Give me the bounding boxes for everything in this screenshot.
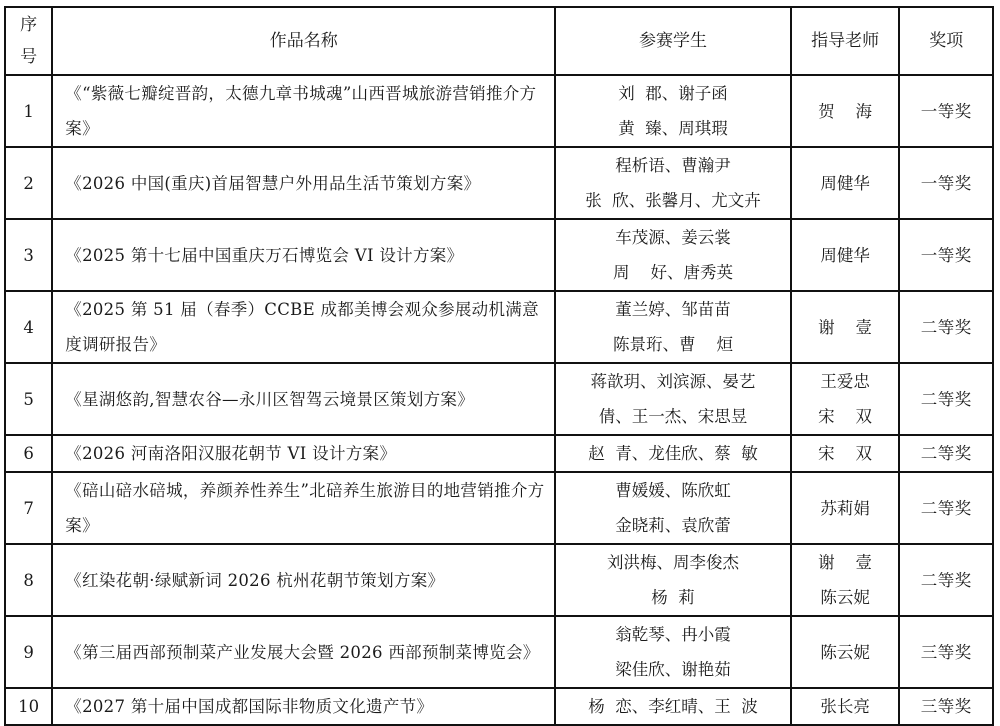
cell-award: 三等奖 xyxy=(899,616,993,688)
work-title: 《“紫薇七瓣绽晋韵，太德九章书城魂”山西晋城旅游营销推介方案》 xyxy=(65,76,548,146)
student-line: 车茂源、姜云裳 xyxy=(556,220,789,255)
cell-award: 二等奖 xyxy=(899,472,993,544)
work-title: 《2026 河南洛阳汉服花朝节 VI 设计方案》 xyxy=(65,436,548,471)
student-line: 张 欣、张馨月、尤文卉 xyxy=(556,183,789,218)
student-line: 杨 莉 xyxy=(556,580,789,615)
work-title: 《2025 第十七届中国重庆万石博览会 VI 设计方案》 xyxy=(65,238,548,273)
cell-title: 《星湖悠韵,智慧农谷—永川区智驾云境景区策划方案》 xyxy=(52,363,555,435)
student-line: 刘 郡、谢子函 xyxy=(556,76,789,111)
cell-teacher: 苏莉娟 xyxy=(791,472,900,544)
table-row: 6《2026 河南洛阳汉服花朝节 VI 设计方案》赵 青、龙佳欣、蔡 敏宋 双二… xyxy=(5,435,993,472)
teacher-name: 苏莉娟 xyxy=(792,491,899,526)
cell-students: 赵 青、龙佳欣、蔡 敏 xyxy=(555,435,790,472)
teacher-name: 王爱忠 xyxy=(792,364,899,399)
cell-students: 董兰婷、邹苗苗陈景珩、曹 烜 xyxy=(555,291,790,363)
student-line: 金晓莉、袁欣蕾 xyxy=(556,508,789,543)
cell-teacher: 周健华 xyxy=(791,147,900,219)
teacher-name: 谢 壹 xyxy=(792,545,899,580)
cell-title: 《红染花朝·绿赋新词 2026 杭州花朝节策划方案》 xyxy=(52,544,555,616)
cell-no: 3 xyxy=(5,219,52,291)
cell-no: 10 xyxy=(5,688,52,715)
student-line: 黄 臻、周琪瑕 xyxy=(556,111,789,146)
student-line: 周 好、唐秀英 xyxy=(556,255,789,290)
work-title: 《2027 第十届中国成都国际非物质文化遗产节》 xyxy=(65,689,548,715)
cell-title: 《2025 第 51 届（春季）CCBE 成都美博会观众参展动机满意度调研报告》 xyxy=(52,291,555,363)
student-line: 翁乾琴、冉小霞 xyxy=(556,617,789,652)
cell-teacher: 周健华 xyxy=(791,219,900,291)
cell-award: 一等奖 xyxy=(899,147,993,219)
cell-award: 一等奖 xyxy=(899,219,993,291)
cell-title: 《2026 中国(重庆)首届智慧户外用品生活节策划方案》 xyxy=(52,147,555,219)
table-row: 7《碚山碚水碚城，养颜养性养生”北碚养生旅游目的地营销推介方案》曹媛媛、陈欣虹金… xyxy=(5,472,993,544)
cell-no: 6 xyxy=(5,435,52,472)
teacher-name: 宋 双 xyxy=(792,436,899,471)
cell-title: 《第三届西部预制菜产业发展大会暨 2026 西部预制菜博览会》 xyxy=(52,616,555,688)
cell-students: 刘 郡、谢子函黄 臻、周琪瑕 xyxy=(555,75,790,147)
student-line: 赵 青、龙佳欣、蔡 敏 xyxy=(556,436,789,471)
cell-no: 8 xyxy=(5,544,52,616)
table-row: 4《2025 第 51 届（春季）CCBE 成都美博会观众参展动机满意度调研报告… xyxy=(5,291,993,363)
table-row: 3《2025 第十七届中国重庆万石博览会 VI 设计方案》车茂源、姜云裳周 好、… xyxy=(5,219,993,291)
header-no: 序 号 xyxy=(5,7,52,75)
cell-no: 4 xyxy=(5,291,52,363)
work-title: 《2025 第 51 届（春季）CCBE 成都美博会观众参展动机满意度调研报告》 xyxy=(65,292,548,362)
work-title: 《2026 中国(重庆)首届智慧户外用品生活节策划方案》 xyxy=(65,166,548,201)
cell-students: 翁乾琴、冉小霞梁佳欣、谢艳茹 xyxy=(555,616,790,688)
cell-award: 二等奖 xyxy=(899,435,993,472)
table-row: 2《2026 中国(重庆)首届智慧户外用品生活节策划方案》程析语、曹瀚尹张 欣、… xyxy=(5,147,993,219)
table-row: 5《星湖悠韵,智慧农谷—永川区智驾云境景区策划方案》蒋歆玥、刘滨源、晏艺倩、王一… xyxy=(5,363,993,435)
table-body: 1《“紫薇七瓣绽晋韵，太德九章书城魂”山西晋城旅游营销推介方案》刘 郡、谢子函黄… xyxy=(5,75,993,715)
cell-no: 5 xyxy=(5,363,52,435)
cell-no: 1 xyxy=(5,75,52,147)
cell-award: 二等奖 xyxy=(899,363,993,435)
student-line: 董兰婷、邹苗苗 xyxy=(556,292,789,327)
cell-award: 二等奖 xyxy=(899,291,993,363)
teacher-name: 张长亮 xyxy=(792,689,899,715)
student-line: 曹媛媛、陈欣虹 xyxy=(556,473,789,508)
table-row: 9《第三届西部预制菜产业发展大会暨 2026 西部预制菜博览会》翁乾琴、冉小霞梁… xyxy=(5,616,993,688)
header-students: 参赛学生 xyxy=(555,7,790,75)
table-row: 1《“紫薇七瓣绽晋韵，太德九章书城魂”山西晋城旅游营销推介方案》刘 郡、谢子函黄… xyxy=(5,75,993,147)
header-row: 序 号 作品名称 参赛学生 指导老师 奖项 xyxy=(5,7,993,75)
cell-no: 9 xyxy=(5,616,52,688)
cell-title: 《碚山碚水碚城，养颜养性养生”北碚养生旅游目的地营销推介方案》 xyxy=(52,472,555,544)
table-row: 10《2027 第十届中国成都国际非物质文化遗产节》杨 恋、李红晴、王 波张长亮… xyxy=(5,688,993,715)
work-title: 《第三届西部预制菜产业发展大会暨 2026 西部预制菜博览会》 xyxy=(65,635,548,670)
work-title: 《红染花朝·绿赋新词 2026 杭州花朝节策划方案》 xyxy=(65,563,548,598)
student-line: 蒋歆玥、刘滨源、晏艺 xyxy=(556,364,789,399)
cell-title: 《2027 第十届中国成都国际非物质文化遗产节》 xyxy=(52,688,555,715)
work-title: 《星湖悠韵,智慧农谷—永川区智驾云境景区策划方案》 xyxy=(65,382,548,417)
cell-no: 7 xyxy=(5,472,52,544)
cell-teacher: 宋 双 xyxy=(791,435,900,472)
teacher-name: 谢 壹 xyxy=(792,310,899,345)
header-no-line: 号 xyxy=(6,41,51,73)
cell-students: 车茂源、姜云裳周 好、唐秀英 xyxy=(555,219,790,291)
student-line: 梁佳欣、谢艳茹 xyxy=(556,652,789,687)
student-line: 倩、王一杰、宋思昱 xyxy=(556,399,789,434)
cell-award: 二等奖 xyxy=(899,544,993,616)
teacher-name: 周健华 xyxy=(792,238,899,273)
cell-teacher: 谢 壹 xyxy=(791,291,900,363)
cell-no: 2 xyxy=(5,147,52,219)
teacher-name: 宋 双 xyxy=(792,399,899,434)
student-line: 程析语、曹瀚尹 xyxy=(556,148,789,183)
work-title: 《碚山碚水碚城，养颜养性养生”北碚养生旅游目的地营销推介方案》 xyxy=(65,473,548,543)
award-table: 序 号 作品名称 参赛学生 指导老师 奖项 1《“紫薇七瓣绽晋韵，太德九章书城魂… xyxy=(4,6,994,715)
header-award: 奖项 xyxy=(899,7,993,75)
table-row: 8《红染花朝·绿赋新词 2026 杭州花朝节策划方案》刘洪梅、周李俊杰杨 莉谢 … xyxy=(5,544,993,616)
cell-teacher: 贺 海 xyxy=(791,75,900,147)
cell-teacher: 王爱忠宋 双 xyxy=(791,363,900,435)
teacher-name: 周健华 xyxy=(792,166,899,201)
cell-teacher: 张长亮 xyxy=(791,688,900,715)
student-line: 杨 恋、李红晴、王 波 xyxy=(556,689,789,715)
cell-award: 三等奖 xyxy=(899,688,993,715)
header-teacher: 指导老师 xyxy=(791,7,900,75)
cell-teacher: 谢 壹陈云妮 xyxy=(791,544,900,616)
teacher-name: 陈云妮 xyxy=(792,635,899,670)
cell-students: 程析语、曹瀚尹张 欣、张馨月、尤文卉 xyxy=(555,147,790,219)
header-title: 作品名称 xyxy=(52,7,555,75)
student-line: 刘洪梅、周李俊杰 xyxy=(556,545,789,580)
cell-teacher: 陈云妮 xyxy=(791,616,900,688)
teacher-name: 陈云妮 xyxy=(792,580,899,615)
cell-students: 蒋歆玥、刘滨源、晏艺倩、王一杰、宋思昱 xyxy=(555,363,790,435)
teacher-name: 贺 海 xyxy=(792,94,899,129)
cell-students: 曹媛媛、陈欣虹金晓莉、袁欣蕾 xyxy=(555,472,790,544)
cell-students: 刘洪梅、周李俊杰杨 莉 xyxy=(555,544,790,616)
header-no-line: 序 xyxy=(6,9,51,41)
cell-award: 一等奖 xyxy=(899,75,993,147)
student-line: 陈景珩、曹 烜 xyxy=(556,327,789,362)
cell-students: 杨 恋、李红晴、王 波 xyxy=(555,688,790,715)
cell-title: 《2026 河南洛阳汉服花朝节 VI 设计方案》 xyxy=(52,435,555,472)
cell-title: 《“紫薇七瓣绽晋韵，太德九章书城魂”山西晋城旅游营销推介方案》 xyxy=(52,75,555,147)
cell-title: 《2025 第十七届中国重庆万石博览会 VI 设计方案》 xyxy=(52,219,555,291)
